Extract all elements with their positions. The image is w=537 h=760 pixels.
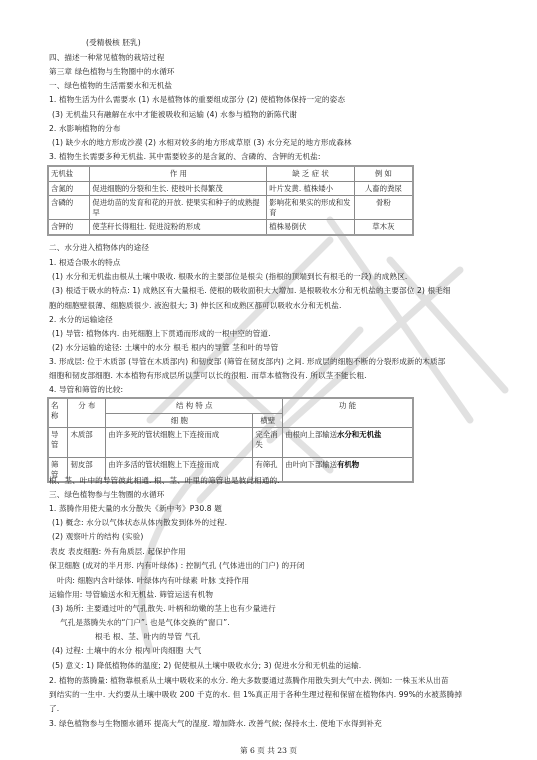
text-line: 到结实的一生中. 大约要从土壤中吸收 200 千克的水. 但 1%真正用于各种生… [49, 690, 462, 700]
text-line: (1) 水分和无机盐由根从土壤中吸收. 根吸水的主要部位是根尖 (指根的顶端到长… [52, 272, 407, 282]
table-header-cell: 缺 乏 症 状 [267, 166, 355, 181]
table-cell: 含钾的 [48, 220, 90, 235]
text-line: (2) 水分运输的途径: 土壤中的水分 根毛 根内的导管 茎和叶的导管 [52, 343, 278, 353]
function-text: 由叶向下部输送 [285, 460, 337, 469]
table-row: 含氮的 促进细胞的分裂和生长. 使枝叶长得繁茂 叶片发黄. 植株矮小 人畜的粪尿 [48, 181, 413, 196]
table-header-cell: 作 用 [90, 166, 267, 181]
function-text: 由根向上部输送 [285, 430, 337, 439]
text-line: (3) 无机盐只有融解在水中才能被吸收和运输 (4) 水参与植物的新陈代谢 [52, 110, 297, 120]
document-page: (受精极核 胚乳) 四、描述一种常见植物的栽培过程 第三章 绿色植物与生物圈中的… [0, 0, 537, 760]
text-line: (3) 场所: 主要通过叶的气孔散失. 叶柄和幼嫩的茎上也有少量进行 [52, 604, 276, 614]
section-heading: 四、描述一种常见植物的栽培过程 [49, 53, 164, 63]
text-line: 叶肉: 细胞内含叶绿体. 叶绿体内有叶绿素 叶脉 支持作用 [57, 576, 249, 586]
table-cell: 骨粉 [354, 196, 413, 220]
table-cell: 含磷的 [48, 196, 90, 220]
text-line: 4. 导管和筛管的比较: [49, 385, 123, 395]
chapter-title: 第三章 绿色植物与生物圈中的水循环 [49, 67, 175, 77]
table-header-row: 名称 分 布 结 构 特 点 功 能 [48, 398, 413, 413]
table-cell: 由叶向下部输送有机物 [283, 458, 413, 483]
text-line: 2. 水影响植物的分布 [49, 124, 121, 134]
table-cell: 含氮的 [48, 181, 90, 196]
table-cell: 叶片发黄. 植株矮小 [267, 181, 355, 196]
table-header-cell: 横壁 [253, 413, 283, 428]
text-line: 3. 绿色植物参与生物圈水循环 提高大气的湿度. 增加降水. 改善气候; 保持水… [49, 719, 382, 729]
table-header-cell: 细 胞 [106, 413, 253, 428]
vessel-comparison-table: 名称 分 布 结 构 特 点 功 能 细 胞 横壁 导管 木质部 由许多死的管状… [47, 397, 414, 483]
table-cell: 由许多死的管状细胞上下连接而成 [106, 428, 253, 458]
text-line: 运输作用: 导管输送水和无机盐. 筛管运送有机物 [49, 590, 213, 600]
table-cell: 影响花和果实的形成和发育 [267, 196, 355, 220]
text-line: 1. 蒸腾作用使大量的水分散失《新中考》P30.8 题 [49, 504, 222, 514]
text-line: 保卫细胞 (成对的半月形. 内有叶绿体) : 控制气孔 (气体进出的门户) 的开… [49, 561, 305, 571]
text-line: (受精极核 胚乳) [86, 38, 141, 48]
text-line: (4) 过程: 土壤中的水分 根内 叶肉细胞 大气 [52, 646, 201, 656]
table-cell: 完全消失 [253, 428, 283, 458]
text-line: (5) 意义: 1) 降低植物体的温度; 2) 促使根从土壤中吸收水分; 3) … [52, 661, 361, 671]
table-cell: 由根向上部输送水分和无机盐 [283, 428, 413, 458]
table-cell: 促进幼苗的发育和花的开放. 使果实和种子的成熟提早 [90, 196, 267, 220]
table-header-cell: 分 布 [68, 398, 106, 428]
table-header-cell: 无机盐 [48, 166, 90, 181]
section-heading: 一、绿色植物的生活需要水和无机盐 [49, 81, 172, 91]
text-line: 2. 水分的运输途径 [49, 315, 113, 325]
table-row: 含钾的 使茎秆长得粗壮. 促进淀粉的形成 植株易倒伏 草木灰 [48, 220, 413, 235]
table-header-cell: 功 能 [283, 398, 413, 428]
text-line: (2) 观察叶片的结构 (实验) [52, 532, 143, 542]
text-line: 根、茎、叶中的导管彼此相通. 根、茎、叶里的筛管也是彼此相通的. [49, 476, 280, 486]
page-number-footer: 第 6 页 共 23 页 [0, 745, 537, 756]
function-emphasis: 有机物 [337, 460, 359, 469]
table-header-cell: 结 构 特 点 [106, 398, 283, 413]
text-line: (1) 概念: 水分以气体状态从体内散发到体外的过程. [52, 518, 227, 528]
table-row: 含磷的 促进幼苗的发育和花的开放. 使果实和种子的成熟提早 影响花和果实的形成和… [48, 196, 413, 220]
text-line: 1. 植物生活为什么需要水 (1) 水是植物体的重要组成部分 (2) 使植物体保… [49, 95, 345, 105]
text-line: (1) 缺少水的地方形成沙漠 (2) 水相对较多的地方形成草原 (3) 水分充足… [52, 138, 352, 148]
text-line: 3. 植物生长需要多种无机盐. 其中需要较多的是含氮的、含磷的、含钾的无机盐: [49, 152, 321, 162]
table-cell: 促进细胞的分裂和生长. 使枝叶长得繁茂 [90, 181, 267, 196]
text-line: (1) 导管: 植物体内. 由死细胞上下贯通而形成的一根中空的管道. [52, 329, 271, 339]
table-cell: 草木灰 [354, 220, 413, 235]
table-cell: 木质部 [68, 428, 106, 458]
table-cell: 植株易倒伏 [267, 220, 355, 235]
table-cell: 导管 [48, 428, 68, 458]
text-line: 表皮 表皮细胞: 外有角质层. 起保护作用 [50, 547, 186, 557]
text-line: (3) 根适于吸水的特点: 1) 成熟区有大量根毛. 使根的吸收面积大大增加. … [52, 286, 451, 296]
text-line: 细胞和韧皮部细胞. 木本植物有形成层所以茎可以长的很粗. 而草本植物没有. 所以… [49, 371, 367, 381]
text-line: 根毛 根、茎、叶内的导管 气孔 [95, 632, 200, 642]
table-header-cell: 例 如 [354, 166, 413, 181]
table-cell: 使茎秆长得粗壮. 促进淀粉的形成 [90, 220, 267, 235]
text-line: 气孔是蒸腾失水的“门户”. 也是气体交换的“窗口”. [60, 618, 230, 628]
function-emphasis: 水分和无机盐 [337, 430, 381, 439]
text-line: 1. 根适合吸水的特点 [49, 258, 121, 268]
table-header-row: 无机盐 作 用 缺 乏 症 状 例 如 [48, 166, 413, 181]
text-line: 3. 形成层: 位于木质部 (导管在木质部内) 和韧皮部 (筛管在韧皮部内) 之… [49, 357, 445, 367]
table-cell: 人畜的粪尿 [354, 181, 413, 196]
table-header-cell: 名称 [48, 398, 68, 428]
text-line: 了. [49, 704, 59, 714]
text-line: 2. 植物的蒸腾量: 植物靠根系从土壤中吸收来的水分. 绝大多数要通过蒸腾作用散… [49, 676, 449, 686]
text-line: 胞的细胞壁很薄、细胞质很少. 液泡很大; 3) 伸长区和成熟区都可以吸收水分和无… [49, 301, 342, 311]
inorganic-salts-table: 无机盐 作 用 缺 乏 症 状 例 如 含氮的 促进细胞的分裂和生长. 使枝叶长… [47, 165, 414, 236]
table-row: 导管 木质部 由许多死的管状细胞上下连接而成 完全消失 由根向上部输送水分和无机… [48, 428, 413, 458]
section-heading: 三、绿色植物参与生物圈的水循环 [49, 490, 164, 500]
section-heading: 二、水分进入植物体内的途径 [49, 243, 149, 253]
